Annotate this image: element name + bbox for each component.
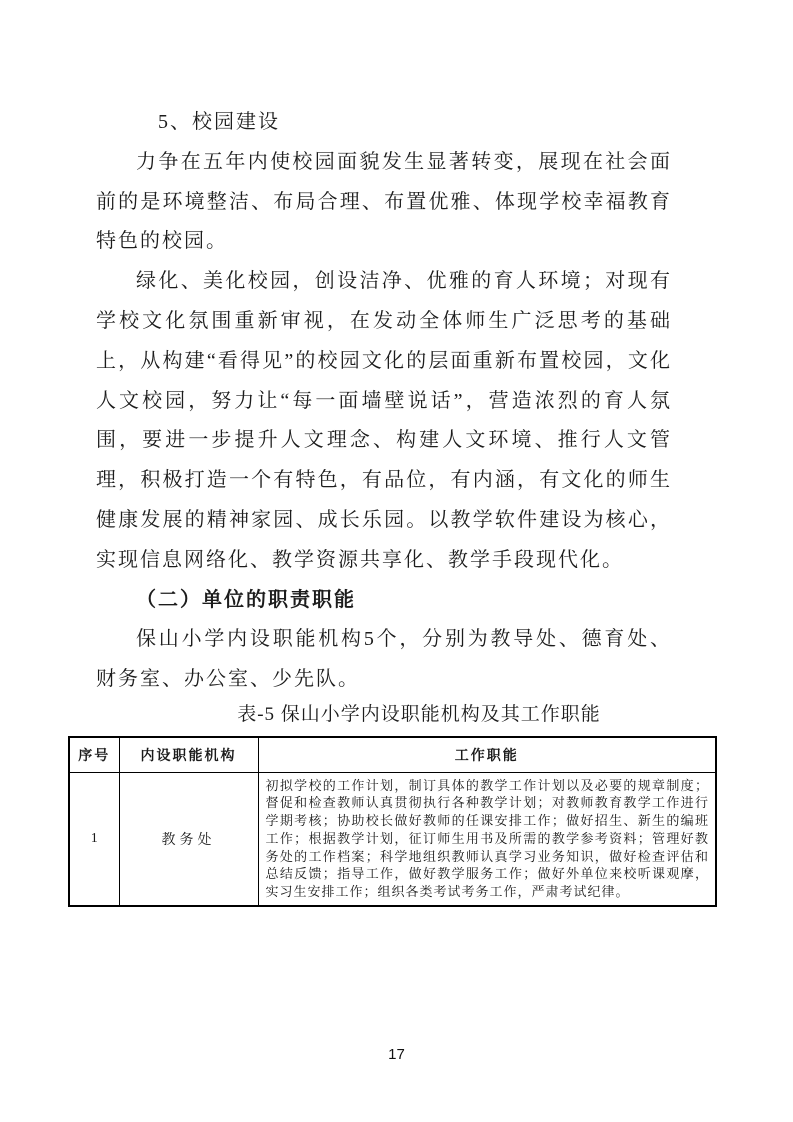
column-header-index: 序号 [69,737,119,772]
document-body: 5、校园建设 力争在五年内使校园面貌发生显著转变，展现在社会面前的是环境整洁、布… [96,103,672,700]
column-header-duties: 工作职能 [258,737,716,772]
paragraph-campus-change: 力争在五年内使校园面貌发生显著转变，展现在社会面前的是环境整洁、布局合理、布置优… [96,143,672,262]
cell-duties-text: 初拟学校的工作计划，制订具体的教学工作计划以及必要的规章制度；督促和检查教师认真… [258,772,716,906]
subsection-heading-unit-duties: （二）单位的职责职能 [96,581,672,621]
paragraph-greening-culture: 绿化、美化校园，创设洁净、优雅的育人环境；对现有学校文化氛围重新审视，在发动全体… [96,262,672,580]
table-header-row: 序号 内设职能机构 工作职能 [69,737,716,772]
cell-organization-name: 教务处 [119,772,258,906]
functions-table: 序号 内设职能机构 工作职能 1 教务处 初拟学校的工作计划，制订具体的教学工作… [68,736,717,907]
paragraph-internal-organizations: 保山小学内设职能机构5个，分别为教导处、德育处、财务室、办公室、少先队。 [96,620,672,700]
table-caption: 表-5 保山小学内设职能机构及其工作职能 [45,695,793,735]
section-heading-campus-construction: 5、校园建设 [96,103,672,143]
table-row: 1 教务处 初拟学校的工作计划，制订具体的教学工作计划以及必要的规章制度；督促和… [69,772,716,906]
cell-row-index: 1 [69,772,119,906]
page-number: 17 [0,1046,793,1063]
document-page: 5、校园建设 力争在五年内使校园面貌发生显著转变，展现在社会面前的是环境整洁、布… [0,0,793,1122]
column-header-organization: 内设职能机构 [119,737,258,772]
